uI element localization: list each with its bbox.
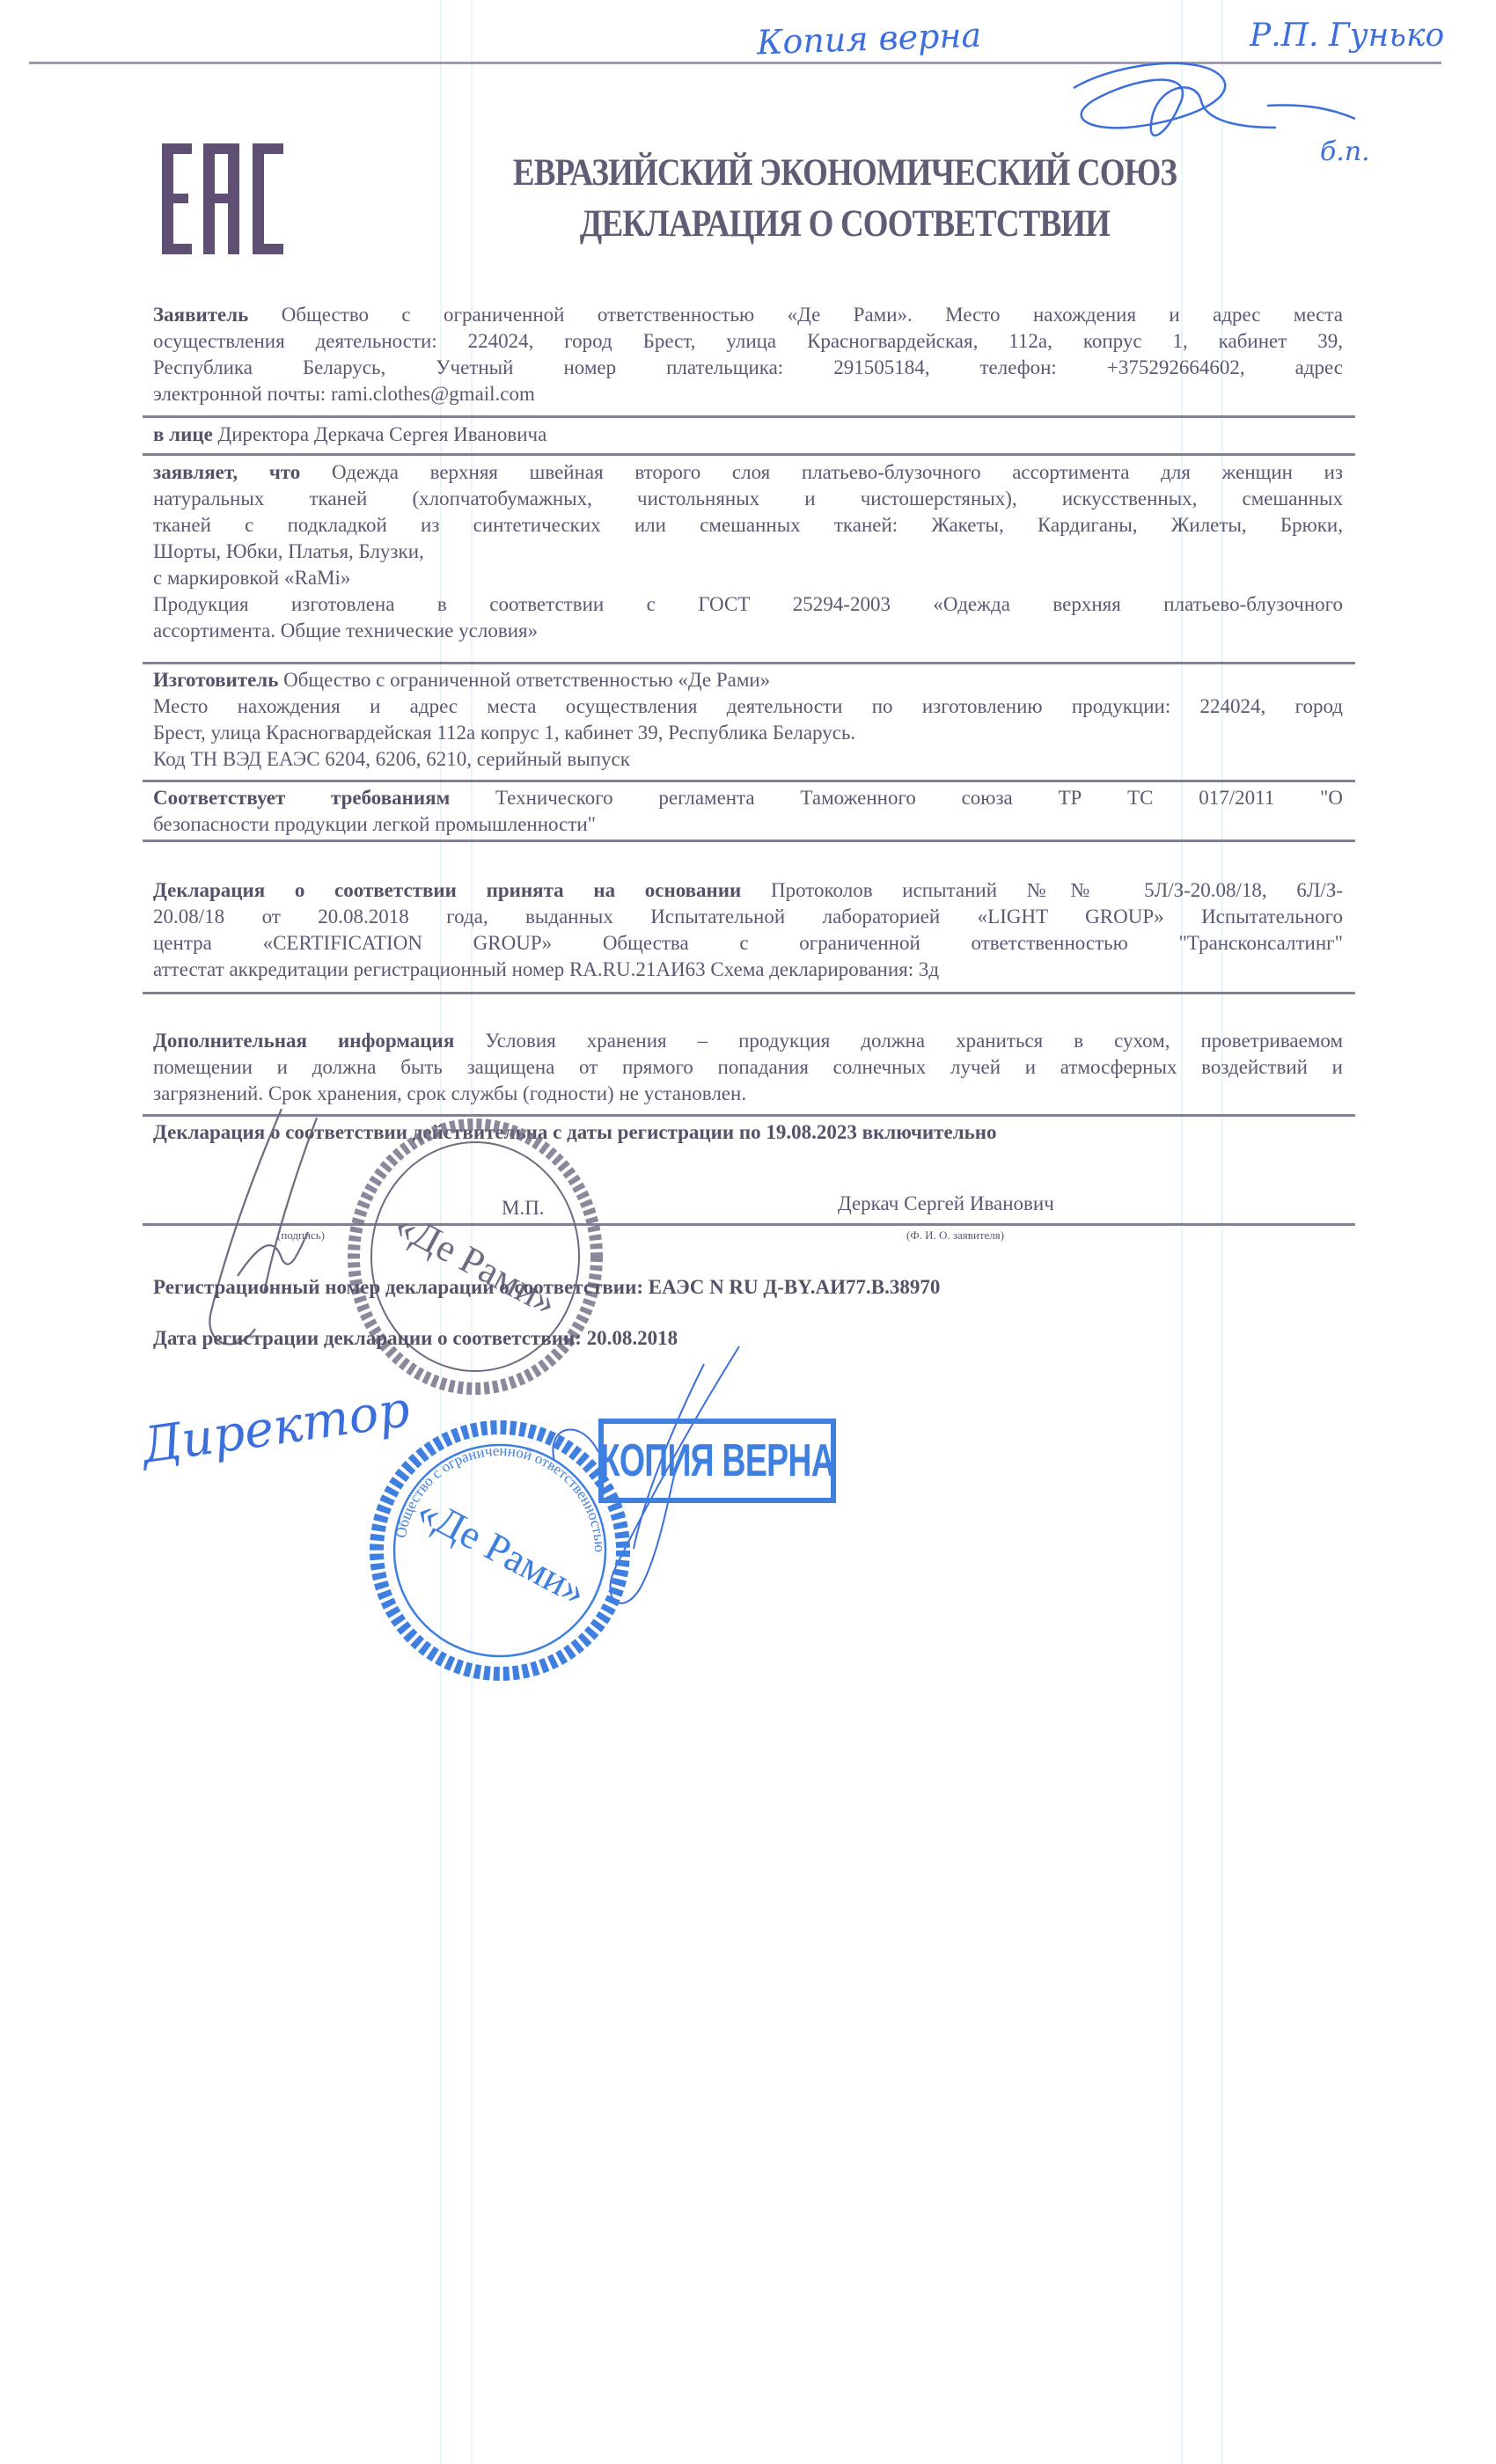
- section-rule: [143, 840, 1355, 842]
- basis-section: Декларация о соответствии принята на осн…: [153, 877, 1343, 983]
- manufacturer-label: Изготовитель: [153, 669, 278, 691]
- section-rule: [143, 780, 1355, 782]
- compliance-section: Соответствует требованиям Технического р…: [153, 785, 1343, 838]
- registration-section: Регистрационный номер декларации о соотв…: [153, 1274, 1343, 1301]
- handwritten-certifier-name: Р.П. Гунько: [1250, 18, 1444, 54]
- representative-section: в лице Директора Деркача Сергея Иванович…: [153, 422, 1343, 448]
- declaration-label: заявляет, что: [153, 461, 300, 483]
- declaration-section: заявляет, что Одежда верхняя швейная вто…: [153, 459, 1343, 644]
- compliance-label: Соответствует требованиям: [153, 787, 450, 809]
- copy-true-stamp-text: КОПИЯ ВЕРНА: [600, 1434, 834, 1487]
- applicant-section: Заявитель Общество с ограниченной ответс…: [153, 302, 1343, 407]
- title-union: ЕВРАЗИЙСКИЙ ЭКОНОМИЧЕСКИЙ СОЮЗ: [496, 151, 1192, 194]
- handwritten-bp-note: б.п.: [1320, 136, 1370, 167]
- copy-true-stamp: КОПИЯ ВЕРНА: [598, 1419, 836, 1503]
- section-rule: [143, 453, 1355, 456]
- company-seal-lower-icon: Общество с ограниченной ответственностью…: [368, 1419, 632, 1683]
- handwritten-copy-note: Копия верна: [756, 16, 981, 62]
- applicant-label: Заявитель: [153, 304, 248, 326]
- applicant-name-caption: (Ф. И. О. заявителя): [906, 1228, 1004, 1243]
- basis-label: Декларация о соответствии принята на осн…: [153, 879, 741, 901]
- eac-logo-icon: [162, 143, 285, 254]
- manufacturer-section: Изготовитель Общество с ограниченной отв…: [153, 667, 1343, 773]
- additional-info-label: Дополнительная информация: [153, 1030, 454, 1052]
- section-rule: [143, 415, 1355, 418]
- registration-number: Регистрационный номер декларации о соотв…: [153, 1274, 1343, 1301]
- additional-info-section: Дополнительная информация Условия хранен…: [153, 1028, 1343, 1107]
- title-declaration: ДЕКЛАРАЦИЯ О СООТВЕТСТВИИ: [496, 202, 1192, 246]
- representative-label: в лице: [153, 423, 213, 445]
- svg-text:«Де Рами»: «Де Рами»: [410, 1487, 594, 1613]
- svg-text:«Де Рами»: «Де Рами»: [388, 1203, 564, 1324]
- section-rule: [143, 662, 1355, 664]
- applicant-name: Деркач Сергей Иванович: [838, 1192, 1054, 1215]
- section-rule: [143, 992, 1355, 994]
